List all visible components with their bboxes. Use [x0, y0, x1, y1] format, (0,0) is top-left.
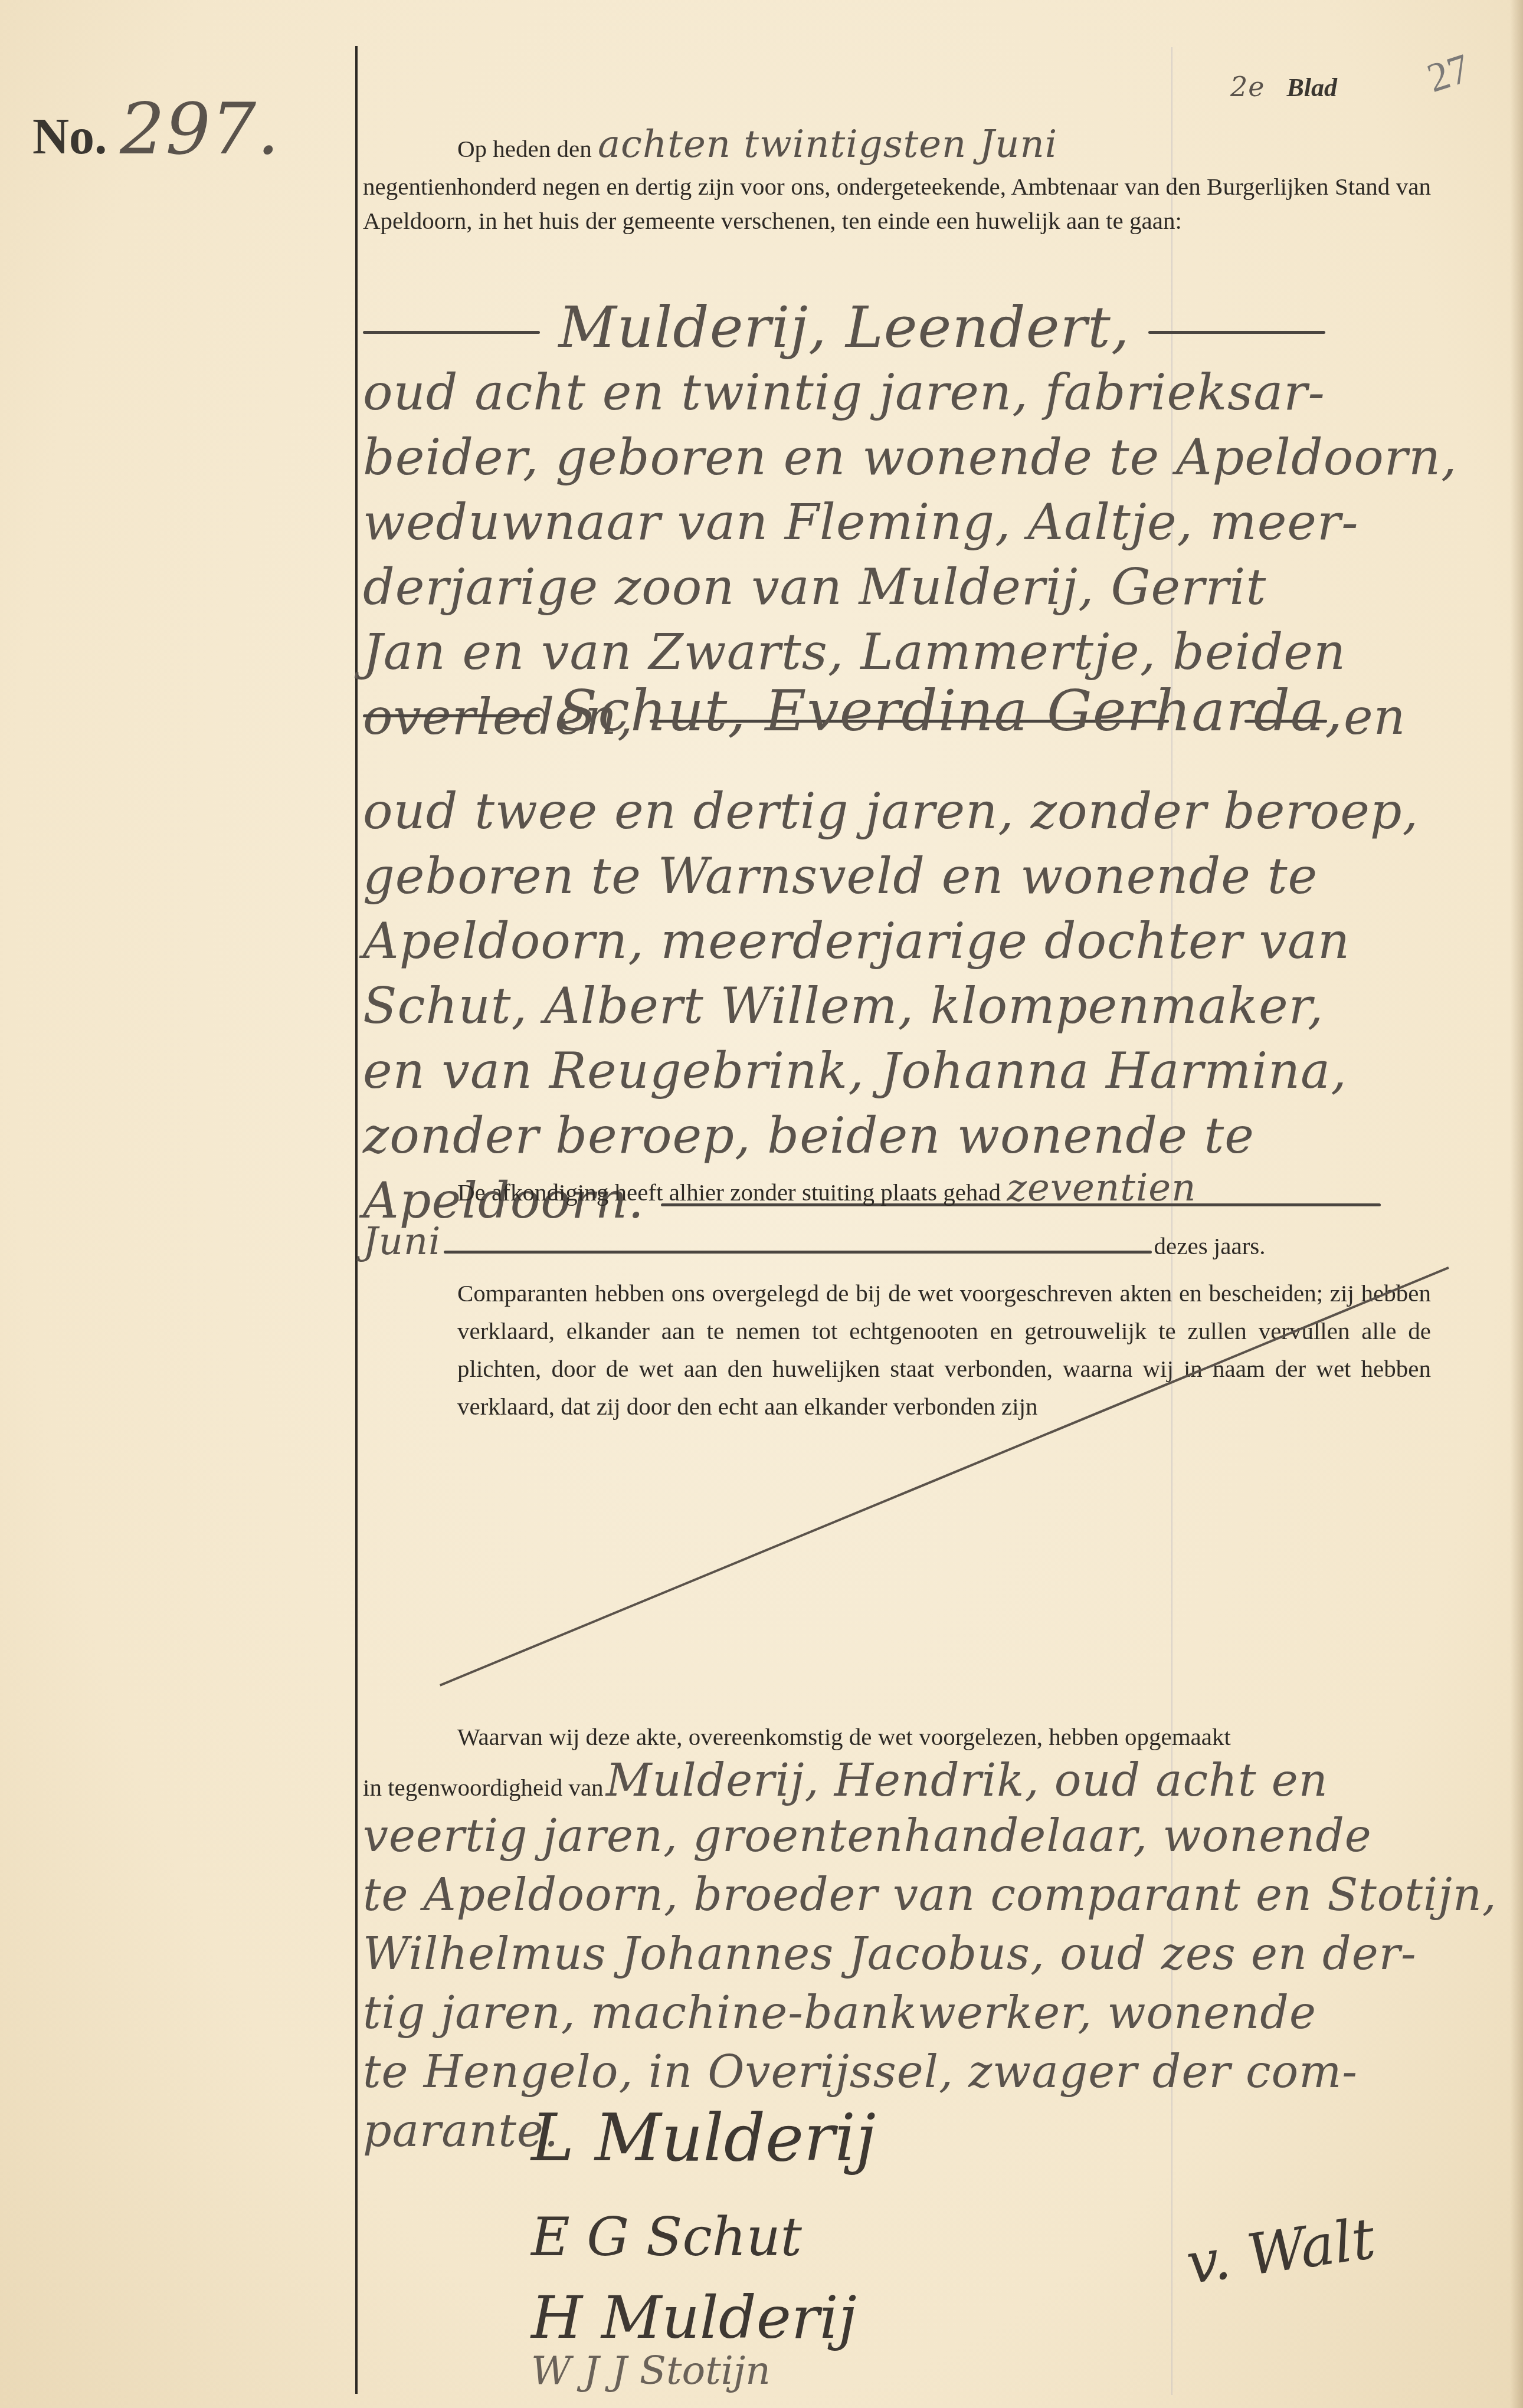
proclamation-section: De afkondiging heeft alhier zonder stuit… — [363, 1171, 1431, 1264]
closing-line: Waarvan wij deze akte, overeenkomstig de… — [363, 1720, 1431, 1754]
filler-dash — [1148, 331, 1325, 334]
witness-section: Waarvan wij deze akte, overeenkomstig de… — [363, 1720, 1431, 2160]
filler-dash — [363, 714, 540, 717]
proclamation-day: zeventien — [1007, 1166, 1196, 1210]
margin-rule — [355, 46, 358, 2394]
bride-line: Apeldoorn, meerderjarige dochter van — [363, 908, 1431, 973]
witness-line: parante. — [363, 2101, 1431, 2160]
bride-line: oud twee en dertig jaren, zonder beroep, — [363, 779, 1431, 844]
signature-groom: L Mulderij — [531, 2100, 876, 2176]
sheet-label: Blad — [1287, 73, 1338, 102]
opening-body: negentienhonderd negen en dertig zijn vo… — [363, 169, 1431, 238]
proclamation-prefix: De afkondiging heeft alhier zonder stuit… — [457, 1179, 1001, 1206]
witness-line: Wilhelmus Johannes Jacobus, oud zes en d… — [363, 1924, 1431, 1983]
proclamation-line-2: Juni dezes jaars. — [363, 1220, 1431, 1264]
signature-witness-1: H Mulderij — [531, 2283, 857, 2352]
groom-line: beider, geboren en wonende te Apeldoorn, — [363, 425, 1431, 490]
record-number-value: 297. — [120, 88, 280, 170]
bride-line: zonder beroep, beiden wonende te — [363, 1103, 1431, 1168]
filler-dash — [444, 1251, 1152, 1254]
signature-bride: E G Schut — [531, 2206, 802, 2268]
proclamation-month: Juni — [363, 1220, 441, 1264]
bride-name-line: Schut, Everdina Gerharda, — [363, 678, 1431, 743]
bride-line: geboren te Warnsveld en wonende te — [363, 844, 1431, 908]
groom-line: oud acht en twintig jaren, fabrieksar- — [363, 360, 1431, 425]
pencil-corner-mark: 27 — [1422, 45, 1475, 103]
groom-name-line: Mulderij, Leendert, — [363, 295, 1431, 360]
bride-line: Schut, Albert Willem, klompenmaker, — [363, 973, 1431, 1038]
witness-line: te Hengelo, in Overijssel, zwager der co… — [363, 2042, 1431, 2101]
marriage-date: achten twintigsten Juni — [598, 123, 1057, 166]
witness-line: tig jaren, machine-bankwerker, wonende — [363, 1983, 1431, 2042]
witness-prefix: in tegenwoordigheid van — [363, 1774, 604, 1801]
groom-line: Jan en van Zwarts, Lammertje, beiden — [363, 619, 1431, 684]
opening-first-line: Op heden den achten twintigsten Juni — [363, 124, 1431, 169]
document-page: No. 297. 2e Blad 27 Op heden den achten … — [0, 0, 1523, 2408]
record-number: No. 297. — [32, 88, 280, 170]
filler-dash — [363, 331, 540, 334]
bride-section: Schut, Everdina Gerharda, oud twee en de… — [363, 678, 1431, 1233]
page-edge-shadow — [1510, 0, 1523, 2408]
signature-witness-2: W J J Stotijn — [531, 2348, 771, 2393]
declaration-paragraph: Comparanten hebben ons overgelegd de bij… — [363, 1274, 1431, 1425]
opening-paragraph: Op heden den achten twintigsten Juni neg… — [363, 124, 1431, 238]
witness-1-name: Mulderij, Hendrik, oud acht en — [606, 1754, 1328, 1806]
witness-line: veertig jaren, groentenhandelaar, wonend… — [363, 1806, 1431, 1865]
bride-name: Schut, Everdina Gerharda, — [559, 678, 1344, 744]
bride-line: en van Reugebrink, Johanna Harmina, — [363, 1038, 1431, 1103]
signature-official: v. Walt — [1183, 2205, 1379, 2297]
groom-name: Mulderij, Leendert, — [559, 294, 1130, 360]
groom-line: weduwnaar van Fleming, Aaltje, meer- — [363, 490, 1431, 555]
declaration-text: Comparanten hebben ons overgelegd de bij… — [363, 1274, 1431, 1425]
witness-line: te Apeldoorn, broeder van comparant en S… — [363, 1865, 1431, 1924]
sheet-number: 2e — [1230, 71, 1265, 103]
sheet-marker: 2e Blad — [1230, 71, 1337, 103]
opening-prefix: Op heden den — [457, 135, 592, 162]
groom-line: derjarige zoon van Mulderij, Gerrit — [363, 555, 1431, 619]
witness-first-line: in tegenwoordigheid van Mulderij, Hendri… — [363, 1754, 1431, 1806]
proclamation-line: De afkondiging heeft alhier zonder stuit… — [363, 1171, 1431, 1209]
proclamation-suffix: dezes jaars. — [1154, 1232, 1266, 1259]
record-number-label: No. — [32, 108, 107, 165]
